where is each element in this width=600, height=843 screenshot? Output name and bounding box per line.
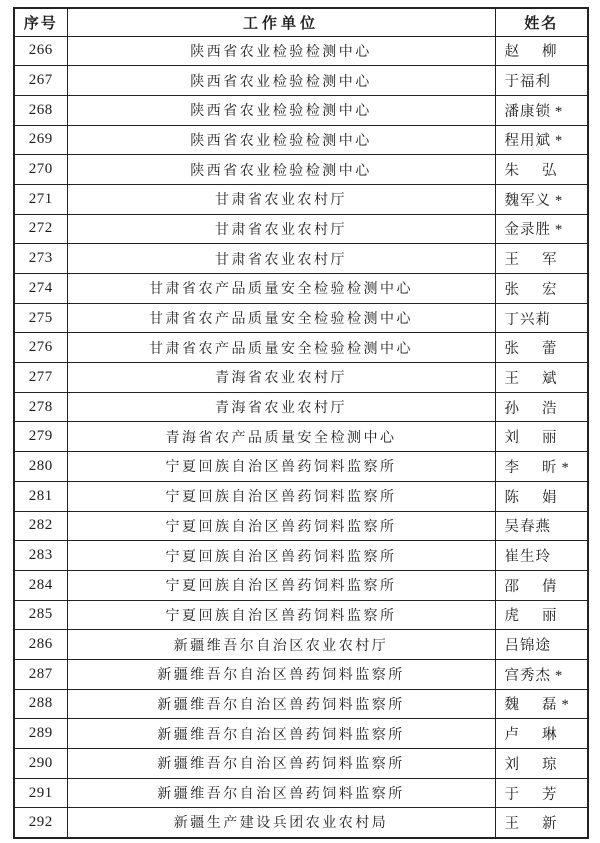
cell-name: 吴春燕	[495, 511, 588, 541]
table-row: 288新疆维吾尔自治区兽药饲料监察所魏磊*	[14, 689, 588, 719]
cell-index: 283	[14, 541, 67, 571]
cell-index: 273	[14, 244, 67, 274]
table-row: 271甘肃省农业农村厅魏军义*	[14, 184, 588, 214]
person-name: 张宏	[505, 282, 558, 298]
table-row: 270陕西省农业检验检测中心朱弘	[14, 155, 588, 185]
person-name: 李昕	[505, 460, 558, 476]
person-name: 王军	[505, 252, 558, 268]
cell-name: 程用斌*	[495, 125, 588, 155]
cell-index: 281	[14, 481, 67, 511]
cell-index: 275	[14, 303, 67, 333]
cell-index: 286	[14, 630, 67, 660]
table-row: 273甘肃省农业农村厅王军	[14, 244, 588, 274]
asterisk-marker: *	[555, 133, 562, 150]
asterisk-marker: *	[562, 460, 569, 477]
cell-work-unit: 青海省农产品质量安全检测中心	[67, 422, 495, 452]
cell-work-unit: 甘肃省农业农村厅	[67, 244, 495, 274]
cell-index: 284	[14, 570, 67, 600]
column-header-index: 序号	[14, 8, 67, 36]
table-row: 279青海省农产品质量安全检测中心刘丽	[14, 422, 588, 452]
cell-name: 张蕾	[495, 333, 588, 363]
asterisk-marker: *	[555, 222, 562, 239]
table-row: 272甘肃省农业农村厅金录胜*	[14, 214, 588, 244]
cell-index: 282	[14, 511, 67, 541]
asterisk-marker: *	[555, 193, 562, 210]
cell-index: 278	[14, 392, 67, 422]
cell-work-unit: 新疆维吾尔自治区兽药饲料监察所	[67, 778, 495, 808]
cell-index: 276	[14, 333, 67, 363]
person-name: 吴春燕	[505, 519, 552, 535]
cell-work-unit: 陕西省农业检验检测中心	[67, 36, 495, 66]
column-header-work-unit: 工作单位	[67, 8, 495, 36]
person-name: 程用斌	[505, 133, 552, 149]
person-name: 邵倩	[505, 579, 558, 595]
person-name: 朱弘	[505, 163, 558, 179]
table-body: 266陕西省农业检验检测中心赵柳267陕西省农业检验检测中心于福利268陕西省农…	[14, 36, 588, 838]
cell-name: 孙浩	[495, 392, 588, 422]
cell-index: 280	[14, 452, 67, 482]
person-name: 金录胜	[505, 222, 552, 238]
table-row: 274甘肃省农产品质量安全检验检测中心张宏	[14, 274, 588, 304]
cell-work-unit: 甘肃省农业农村厅	[67, 214, 495, 244]
table-row: 289新疆维吾尔自治区兽药饲料监察所卢琳	[14, 719, 588, 749]
cell-work-unit: 新疆生产建设兵团农业农村局	[67, 808, 495, 838]
cell-name: 虎丽	[495, 600, 588, 630]
person-name: 王斌	[505, 371, 558, 387]
cell-name: 宫秀杰*	[495, 659, 588, 689]
person-name: 崔生玲	[505, 549, 552, 565]
cell-name: 王军	[495, 244, 588, 274]
cell-name: 邵倩	[495, 570, 588, 600]
table-row: 277青海省农业农村厅王斌	[14, 363, 588, 393]
table-row: 292新疆生产建设兵团农业农村局王新	[14, 808, 588, 838]
cell-index: 291	[14, 778, 67, 808]
person-name: 于芳	[505, 787, 558, 803]
cell-name: 潘康锁*	[495, 95, 588, 125]
person-name: 赵柳	[505, 44, 558, 60]
person-name: 于福利	[505, 74, 552, 90]
cell-work-unit: 宁夏回族自治区兽药饲料监察所	[67, 452, 495, 482]
table-row: 267陕西省农业检验检测中心于福利	[14, 66, 588, 96]
cell-work-unit: 青海省农业农村厅	[67, 363, 495, 393]
cell-work-unit: 新疆维吾尔自治区农业农村厅	[67, 630, 495, 660]
cell-name: 陈娟	[495, 481, 588, 511]
cell-index: 288	[14, 689, 67, 719]
cell-name: 丁兴莉	[495, 303, 588, 333]
asterisk-marker: *	[562, 697, 569, 714]
cell-name: 吕锦途	[495, 630, 588, 660]
cell-work-unit: 青海省农业农村厅	[67, 392, 495, 422]
cell-work-unit: 宁夏回族自治区兽药饲料监察所	[67, 570, 495, 600]
person-name: 刘丽	[505, 430, 558, 446]
table-row: 287新疆维吾尔自治区兽药饲料监察所宫秀杰*	[14, 659, 588, 689]
cell-name: 朱弘	[495, 155, 588, 185]
cell-name: 卢琳	[495, 719, 588, 749]
cell-index: 279	[14, 422, 67, 452]
cell-work-unit: 陕西省农业检验检测中心	[67, 66, 495, 96]
cell-index: 266	[14, 36, 67, 66]
cell-work-unit: 陕西省农业检验检测中心	[67, 155, 495, 185]
table-row: 278青海省农业农村厅孙浩	[14, 392, 588, 422]
person-name: 虎丽	[505, 608, 558, 624]
cell-work-unit: 陕西省农业检验检测中心	[67, 95, 495, 125]
cell-index: 269	[14, 125, 67, 155]
table-row: 281宁夏回族自治区兽药饲料监察所陈娟	[14, 481, 588, 511]
cell-work-unit: 甘肃省农产品质量安全检验检测中心	[67, 274, 495, 304]
table-row: 266陕西省农业检验检测中心赵柳	[14, 36, 588, 66]
cell-index: 277	[14, 363, 67, 393]
cell-index: 268	[14, 95, 67, 125]
person-name: 魏磊	[505, 697, 558, 713]
cell-name: 刘丽	[495, 422, 588, 452]
person-name: 潘康锁	[505, 104, 552, 120]
cell-index: 290	[14, 749, 67, 779]
person-name: 刘琼	[505, 757, 558, 773]
cell-index: 267	[14, 66, 67, 96]
cell-work-unit: 甘肃省农产品质量安全检验检测中心	[67, 333, 495, 363]
table-row: 280宁夏回族自治区兽药饲料监察所李昕*	[14, 452, 588, 482]
table-row: 291新疆维吾尔自治区兽药饲料监察所于芳	[14, 778, 588, 808]
cell-work-unit: 宁夏回族自治区兽药饲料监察所	[67, 511, 495, 541]
header-row: 序号 工作单位 姓名	[14, 8, 588, 36]
cell-work-unit: 新疆维吾尔自治区兽药饲料监察所	[67, 659, 495, 689]
cell-work-unit: 新疆维吾尔自治区兽药饲料监察所	[67, 719, 495, 749]
cell-name: 李昕*	[495, 452, 588, 482]
cell-name: 王斌	[495, 363, 588, 393]
cell-work-unit: 新疆维吾尔自治区兽药饲料监察所	[67, 689, 495, 719]
cell-work-unit: 甘肃省农产品质量安全检验检测中心	[67, 303, 495, 333]
table-row: 275甘肃省农产品质量安全检验检测中心丁兴莉	[14, 303, 588, 333]
table-row: 285宁夏回族自治区兽药饲料监察所虎丽	[14, 600, 588, 630]
person-name: 王新	[505, 816, 558, 832]
cell-index: 272	[14, 214, 67, 244]
cell-name: 魏军义*	[495, 184, 588, 214]
table-row: 290新疆维吾尔自治区兽药饲料监察所刘琼	[14, 749, 588, 779]
roster-table: 序号 工作单位 姓名 266陕西省农业检验检测中心赵柳267陕西省农业检验检测中…	[13, 7, 589, 839]
table-row: 283宁夏回族自治区兽药饲料监察所崔生玲	[14, 541, 588, 571]
person-name: 孙浩	[505, 401, 558, 417]
cell-name: 王新	[495, 808, 588, 838]
cell-index: 289	[14, 719, 67, 749]
table-row: 269陕西省农业检验检测中心程用斌*	[14, 125, 588, 155]
person-name: 宫秀杰	[505, 668, 552, 684]
table-header: 序号 工作单位 姓名	[14, 8, 588, 36]
cell-index: 270	[14, 155, 67, 185]
cell-index: 287	[14, 659, 67, 689]
cell-name: 赵柳	[495, 36, 588, 66]
person-name: 张蕾	[505, 341, 558, 357]
cell-work-unit: 陕西省农业检验检测中心	[67, 125, 495, 155]
table-row: 276甘肃省农产品质量安全检验检测中心张蕾	[14, 333, 588, 363]
person-name: 卢琳	[505, 727, 558, 743]
cell-work-unit: 宁夏回族自治区兽药饲料监察所	[67, 541, 495, 571]
table-row: 286新疆维吾尔自治区农业农村厅吕锦途	[14, 630, 588, 660]
table-row: 284宁夏回族自治区兽药饲料监察所邵倩	[14, 570, 588, 600]
cell-name: 魏磊*	[495, 689, 588, 719]
cell-work-unit: 宁夏回族自治区兽药饲料监察所	[67, 481, 495, 511]
cell-name: 崔生玲	[495, 541, 588, 571]
person-name: 吕锦途	[505, 638, 552, 654]
person-name: 丁兴莉	[505, 312, 552, 328]
cell-name: 金录胜*	[495, 214, 588, 244]
person-name: 魏军义	[505, 193, 552, 209]
asterisk-marker: *	[555, 668, 562, 685]
asterisk-marker: *	[555, 104, 562, 121]
cell-index: 285	[14, 600, 67, 630]
person-name: 陈娟	[505, 490, 558, 506]
table-row: 268陕西省农业检验检测中心潘康锁*	[14, 95, 588, 125]
cell-index: 292	[14, 808, 67, 838]
cell-index: 271	[14, 184, 67, 214]
cell-work-unit: 新疆维吾尔自治区兽药饲料监察所	[67, 749, 495, 779]
column-header-name: 姓名	[495, 8, 588, 36]
cell-work-unit: 甘肃省农业农村厅	[67, 184, 495, 214]
cell-name: 张宏	[495, 274, 588, 304]
cell-index: 274	[14, 274, 67, 304]
table-row: 282宁夏回族自治区兽药饲料监察所吴春燕	[14, 511, 588, 541]
cell-name: 于芳	[495, 778, 588, 808]
cell-work-unit: 宁夏回族自治区兽药饲料监察所	[67, 600, 495, 630]
cell-name: 于福利	[495, 66, 588, 96]
cell-name: 刘琼	[495, 749, 588, 779]
